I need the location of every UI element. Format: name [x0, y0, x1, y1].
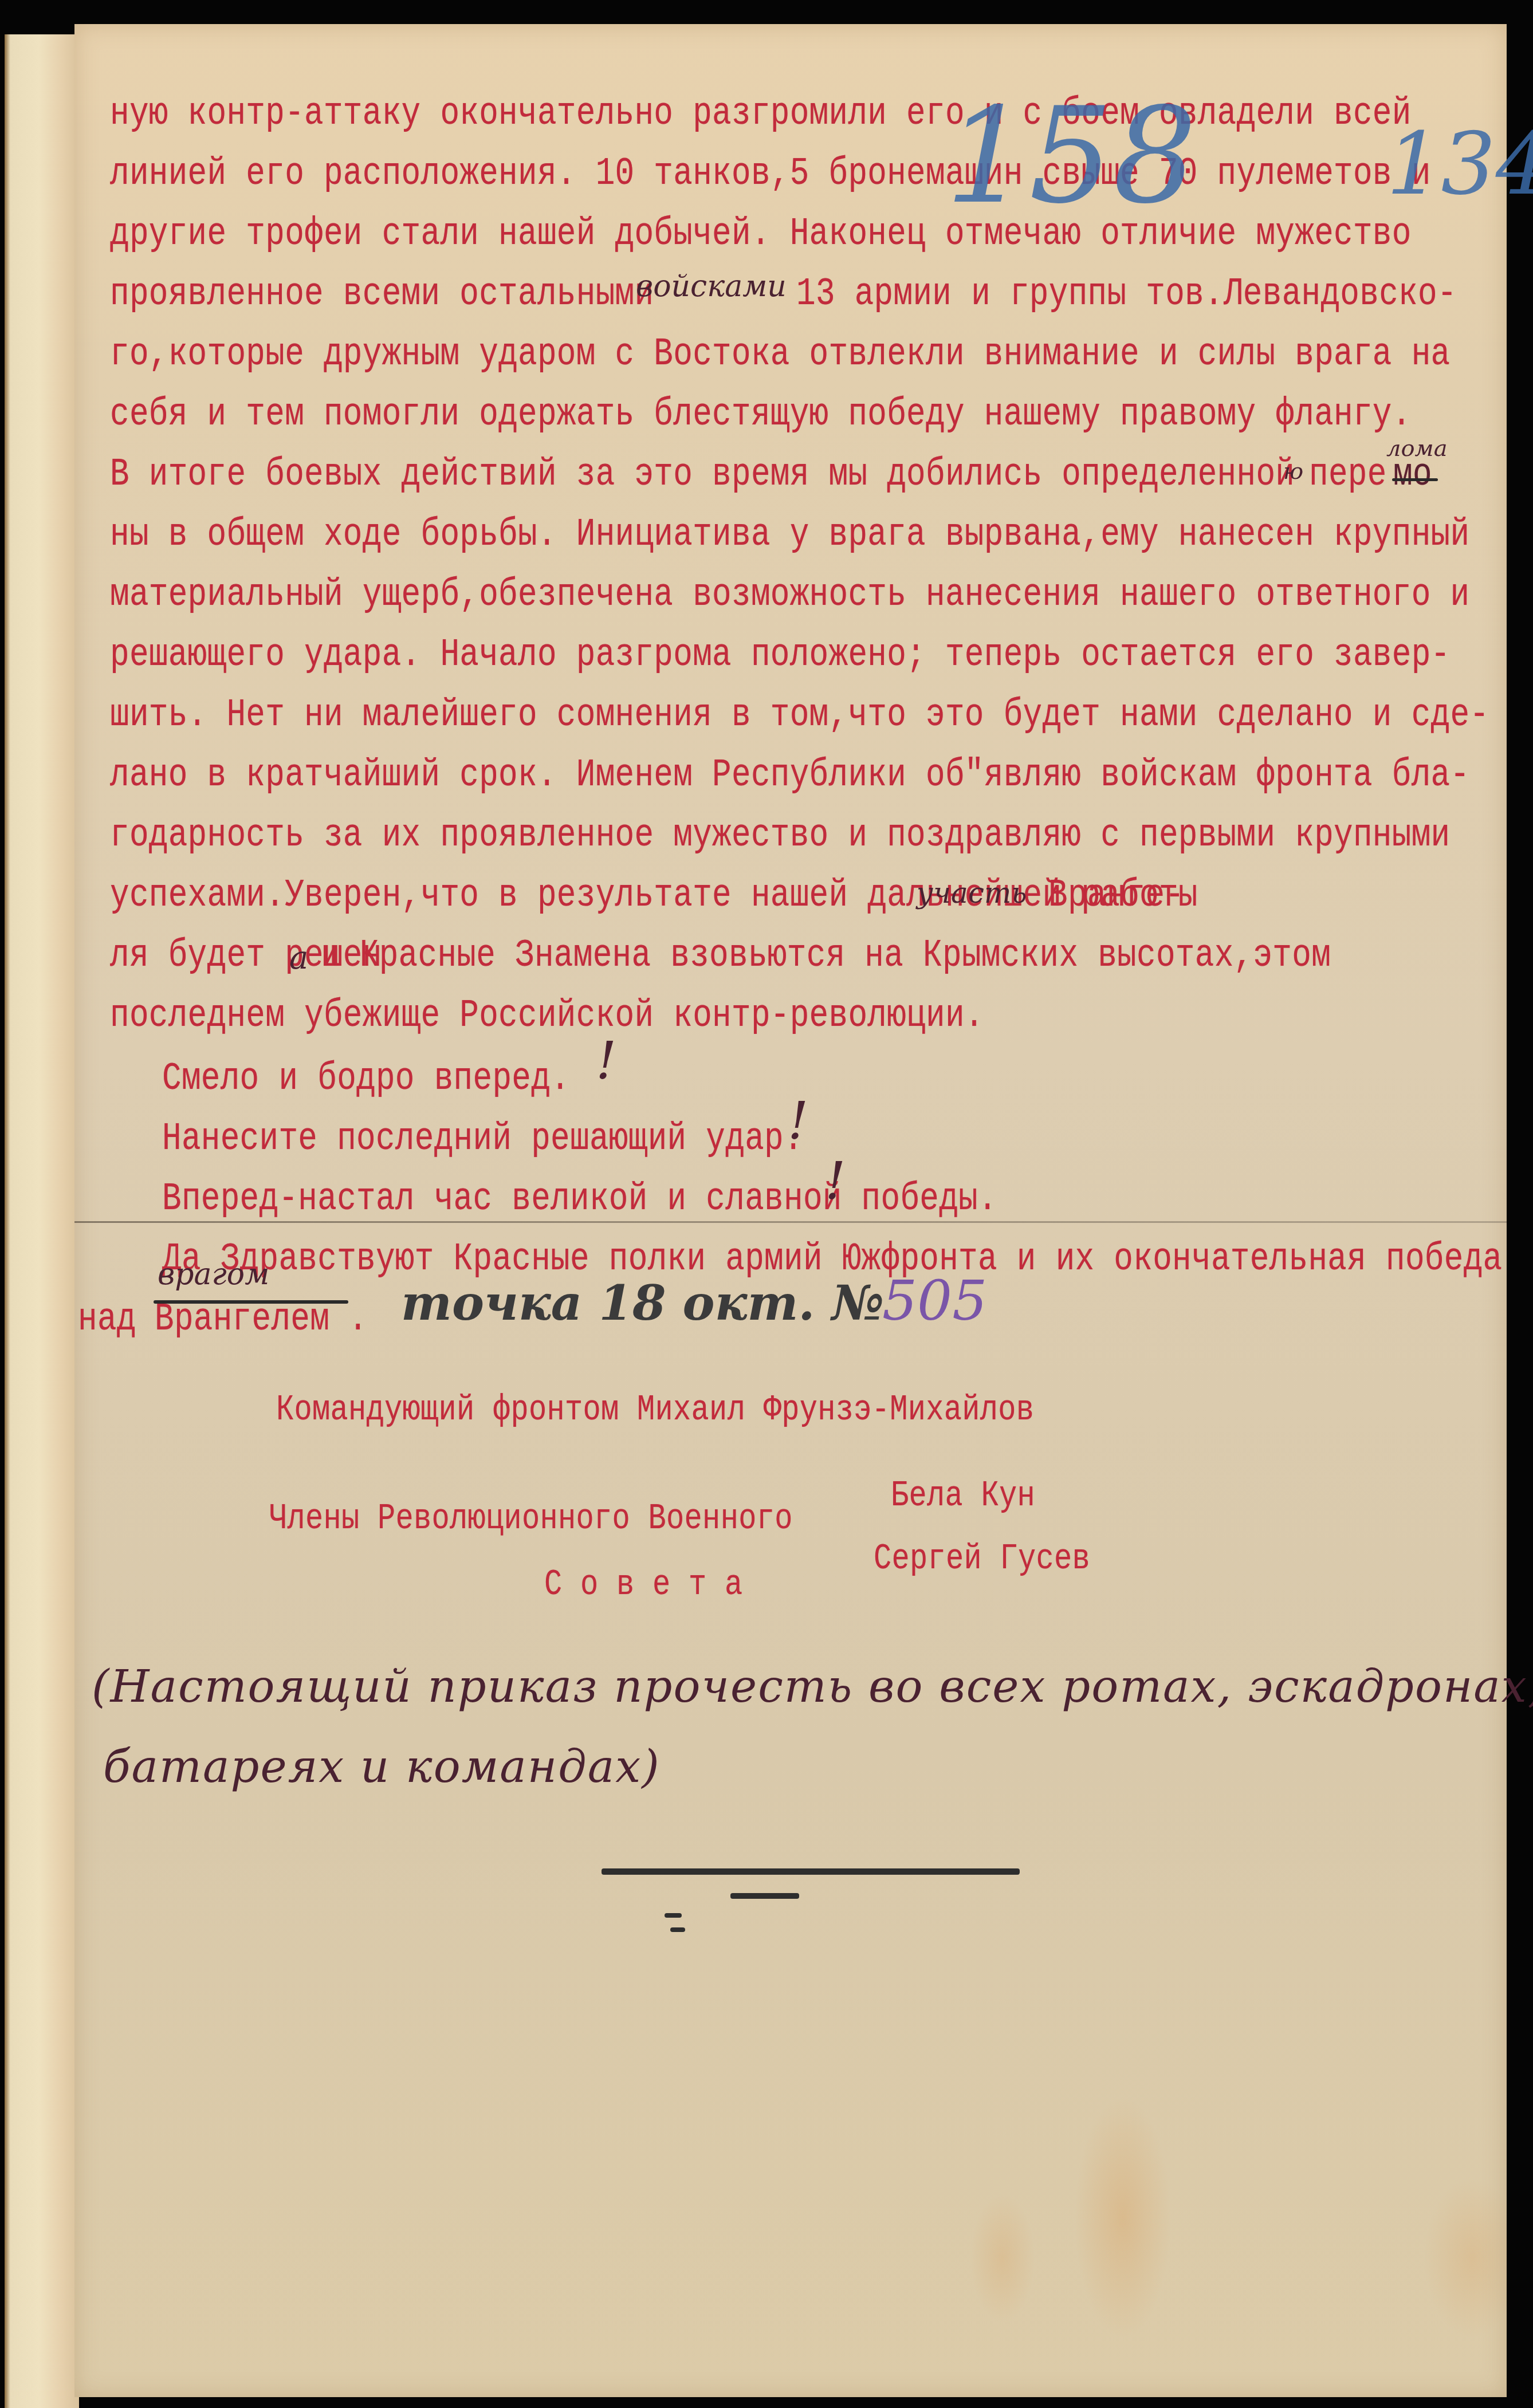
slogan-2: Нанесите последний решающий удар.	[162, 1119, 803, 1158]
archive-number-1: 158	[945, 80, 1197, 233]
body-line-13: годарность за их проявленное мужество и …	[110, 816, 1450, 855]
body-line-14b: Врангe-	[1048, 876, 1184, 915]
strikethrough-line	[154, 1300, 348, 1304]
handwritten-note-line-1: (Настоящий приказ прочесть во всех ротах…	[92, 1661, 1533, 1713]
handwritten-exclamation-1: !	[596, 1031, 616, 1091]
closing-mark-3	[665, 1913, 682, 1918]
body-line-6: себя и тем помогли одержать блестящую по…	[110, 395, 1412, 434]
signature-member-2: Сергей Гусев	[874, 1540, 1090, 1579]
body-line-2: линией его расположения. 10 танков,5 бро…	[110, 154, 1431, 193]
handwritten-insert-voiskami: войсками	[636, 269, 787, 304]
final-line-prefix: над	[78, 1300, 156, 1339]
final-line-struck-word: Врангелем	[155, 1300, 329, 1339]
body-line-14a: успехами.Уверен,что в результате нашей д…	[110, 876, 1198, 915]
signature-members-label-1: Члены Революционного Военного	[269, 1500, 793, 1539]
handwritten-insert-loma: лома	[1386, 435, 1448, 462]
handwritten-insert-yu: ю	[1283, 458, 1303, 485]
slogan-4: Да Здравствуют Красные полки армий Южфро…	[162, 1240, 1502, 1278]
handwritten-note-line-2: батареях и командах)	[103, 1741, 661, 1793]
handwritten-exclamation-3: !	[825, 1151, 846, 1211]
paper-fold-crease	[74, 1221, 1507, 1223]
handwritten-exclamation-2: !	[788, 1091, 808, 1151]
final-line-suffix: .	[348, 1300, 368, 1339]
body-line-9: материальный ущерб,обезпечена возможност…	[110, 575, 1469, 614]
body-line-4a: проявленное всеми остальными	[110, 274, 654, 313]
signature-commander: Командующий фронтом Михаил Фрунзэ-Михайл…	[276, 1391, 1034, 1430]
body-line-1: ную контр-аттаку окончательно разгромили…	[110, 94, 1412, 133]
body-line-8: ны в общем ходе борьбы. Инициатива у вра…	[110, 515, 1469, 554]
body-line-5: го,которые дружным ударом с Востока отвл…	[110, 335, 1450, 373]
body-line-12: лано в кратчайший срок. Именем Республик…	[110, 756, 1469, 794]
handwritten-order-number: 505	[882, 1269, 987, 1333]
strikethrough-mark	[1392, 478, 1438, 481]
body-line-11: шить. Нет ни малейшего сомнения в том,чт…	[110, 695, 1489, 734]
body-line-7a: В итоге боевых действий за это время мы …	[110, 455, 1295, 494]
slogan-1: Смело и бодро вперед.	[162, 1059, 570, 1098]
body-line-7b: пере	[1309, 455, 1387, 494]
handwritten-insert-uchast: участь	[917, 876, 1027, 910]
body-line-3: другие трофеи стали нашей добычей. Након…	[110, 214, 1412, 253]
archive-number-2: 134	[1386, 115, 1533, 214]
handwritten-order-reference: точка 18 окт. №	[401, 1274, 884, 1331]
slogan-3: Вперед-настал час великой и славной побе…	[162, 1179, 997, 1218]
handwritten-insert-vragom: врагом	[158, 1257, 269, 1292]
body-line-10: решающего удара. Начало разгрома положен…	[110, 635, 1450, 674]
closing-mark-4	[670, 1927, 685, 1932]
body-line-16: последнем убежище Российской контр-револ…	[110, 996, 984, 1035]
body-line-4b: 13 армии и группы тов.Левандовско-	[796, 274, 1457, 313]
closing-rule-line	[602, 1868, 1020, 1875]
handwritten-insert-a: а	[289, 939, 308, 977]
signature-members-label-2: С о в е т а	[544, 1565, 743, 1604]
body-line-15b: и Красные Знамена взовьются на Крымских …	[321, 936, 1331, 975]
underlying-sheet-edge	[5, 34, 79, 2408]
closing-mark-2	[730, 1893, 799, 1899]
signature-member-1: Бела Кун	[891, 1477, 1035, 1516]
